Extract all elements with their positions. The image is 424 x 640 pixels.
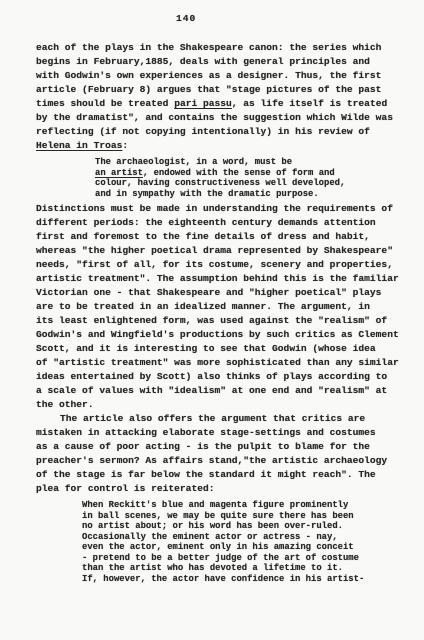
quote-line: The archaeologist, in a word, must be <box>95 157 424 168</box>
quote-line: Occasionally the eminent actor or actres… <box>82 532 424 543</box>
text-line: times should be treated pari passu, as l… <box>36 97 414 111</box>
text-line: with Godwin's own experiences as a desig… <box>36 69 414 83</box>
quote-line: an artist, endowed with the sense of for… <box>95 168 424 179</box>
quote-line: and in sympathy with the dramatic purpos… <box>95 189 424 200</box>
block-quote-2: When Reckitt's blue and magenta figure p… <box>82 500 424 584</box>
text-line: The article also offers the argument tha… <box>36 412 414 426</box>
quote-line: in ball scenes, we may be quite sure the… <box>82 511 424 522</box>
text-line: whereas "the higher poetical drama repre… <box>36 244 414 258</box>
block-quote-1: The archaeologist, in a word, must be an… <box>95 157 424 199</box>
paragraph-3: The article also offers the argument tha… <box>36 412 414 496</box>
text-segment: times should be treated <box>36 98 174 109</box>
text-segment: : <box>122 140 128 151</box>
page-number: 140 <box>176 13 424 24</box>
text-line: are to be treated in an idealized manner… <box>36 300 414 314</box>
paragraph-1: each of the plays in the Shakespeare can… <box>36 41 414 153</box>
text-line: needs, "first of all, for its costume, s… <box>36 258 414 272</box>
quote-line: - pretend to be a better judge of the ar… <box>82 553 424 564</box>
underlined-text: pari passu <box>174 98 232 109</box>
text-segment: , endowed with the sense of form and <box>143 168 335 178</box>
text-line: plea for control is reiterated: <box>36 482 414 496</box>
text-line: different periods: the eighteenth centur… <box>36 216 414 230</box>
text-line: by the dramatist", and contains the sugg… <box>36 111 414 125</box>
text-segment: , as life itself is treated <box>232 98 387 109</box>
text-line: as a cause of poor acting - is the pulpi… <box>36 440 414 454</box>
text-line: Helena in Troas: <box>36 139 414 153</box>
text-line: ideas entertained by Scott) also thinks … <box>36 370 414 384</box>
text-line: its least enlightened form, was used aga… <box>36 314 414 328</box>
text-line: mistaken in attacking elaborate stage-se… <box>36 426 414 440</box>
quote-line: than the artist who has devoted a lifeti… <box>82 563 424 574</box>
document-page: 140 each of the plays in the Shakespeare… <box>0 0 424 640</box>
quote-line: no artist about; or his word has been ov… <box>82 521 424 532</box>
text-line: of the stage is far below the standard i… <box>36 468 414 482</box>
paragraph-2: Distinctions must be made in understandi… <box>36 202 414 412</box>
text-line: of "artistic treatment" was more sophist… <box>36 356 414 370</box>
underlined-text: an artist <box>95 168 143 178</box>
underlined-title: Helena in Troas <box>36 140 122 151</box>
text-line: a scale of values with "idealism" at one… <box>36 384 414 398</box>
quote-line: even the actor, eminent only in his amaz… <box>82 542 424 553</box>
text-line: first and foremost to the fine details o… <box>36 230 414 244</box>
quote-line: colour, having constructiveness well dev… <box>95 178 424 189</box>
text-line: Victorian one - that Shakespeare and "hi… <box>36 286 414 300</box>
text-line: artistic treatment". The assumption behi… <box>36 272 414 286</box>
text-line: each of the plays in the Shakespeare can… <box>36 41 414 55</box>
text-line: begins in February,1885, deals with gene… <box>36 55 414 69</box>
text-line: reflecting (if not copying intentionally… <box>36 125 414 139</box>
quote-line: When Reckitt's blue and magenta figure p… <box>82 500 424 511</box>
quote-line: If, however, the actor have confidence i… <box>82 574 424 585</box>
text-line: Scott, and it is interesting to see that… <box>36 342 414 356</box>
text-line: preacher's sermon? As affairs stand,"the… <box>36 454 414 468</box>
text-line: article (February 8) argues that "stage … <box>36 83 414 97</box>
text-line: Godwin's and Wingfield's productions by … <box>36 328 414 342</box>
text-line: Distinctions must be made in understandi… <box>36 202 414 216</box>
text-line: the other. <box>36 398 414 412</box>
